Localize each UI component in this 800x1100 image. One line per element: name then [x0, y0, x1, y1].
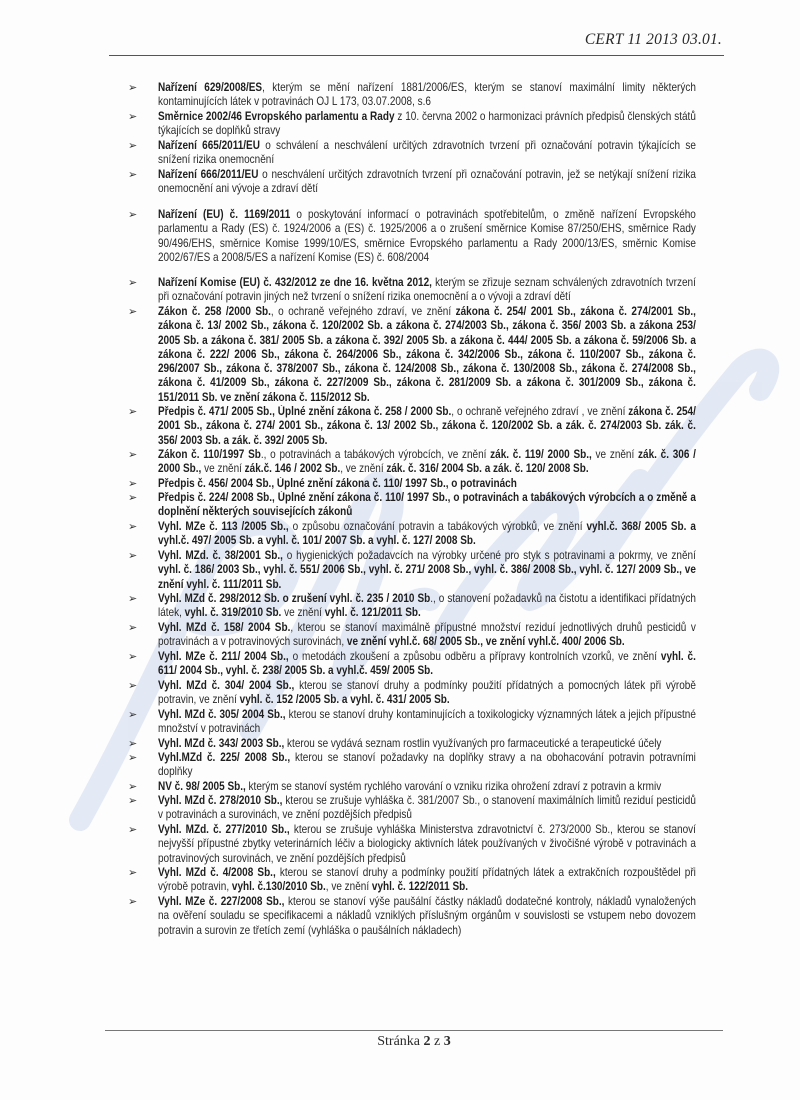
list-item: ➢Směrnice 2002/46 Evropského parlamentu … — [120, 110, 720, 139]
list-item-text: Zákon č. 110/1997 Sb., o potravinách a t… — [158, 448, 696, 477]
list-item: ➢Předpis č. 224/ 2008 Sb., Úplné znění z… — [120, 491, 720, 520]
list-item-text: Vyhl. MZd č. 4/2008 Sb., kterou se stano… — [158, 866, 696, 895]
arrow-bullet-icon: ➢ — [128, 305, 137, 319]
regulation-reference: Nařízení 665/2011/EU — [158, 139, 260, 152]
regulation-description: , o ochraně veřejného zdraví , ve znění — [451, 405, 628, 418]
regulation-reference: Vyhl. MZd č. 343/ 2003 Sb., — [158, 737, 284, 750]
regulation-reference: zák. č. 316/ 2004 Sb. a zák. č. 120/ 200… — [386, 462, 588, 475]
arrow-bullet-icon: ➢ — [128, 592, 137, 606]
arrow-bullet-icon: ➢ — [128, 794, 137, 808]
regulation-reference: zák.č. 146 / 2002 Sb. — [245, 462, 341, 475]
regulation-reference: vyhl. č. 122/2011 Sb. — [372, 880, 468, 893]
arrow-bullet-icon: ➢ — [128, 549, 137, 563]
list-item-text: Vyhl. MZd č. 158/ 2004 Sb., kterou se st… — [158, 621, 696, 650]
regulation-reference: vyhl. č. 121/2011 Sb. — [325, 606, 421, 619]
arrow-bullet-icon: ➢ — [128, 520, 137, 534]
arrow-bullet-icon: ➢ — [128, 621, 137, 635]
arrow-bullet-icon: ➢ — [128, 139, 137, 153]
list-item: ➢Předpis č. 471/ 2005 Sb., Úplné znění z… — [120, 405, 720, 448]
list-item: ➢Předpis č. 456/ 2004 Sb., Úplné znění z… — [120, 477, 720, 491]
regulation-description: , o ochraně veřejného zdraví, ve znění — [271, 305, 456, 318]
regulation-reference: Nařízení Komise (EU) č. 432/2012 ze dne … — [158, 276, 432, 289]
regulation-reference: Vyhl. MZe č. 227/2008 Sb., — [158, 895, 284, 908]
list-item: ➢Nařízení 665/2011/EU o schválení a nesc… — [120, 139, 720, 168]
list-item: ➢NV č. 98/ 2005 Sb., kterým se stanoví s… — [120, 780, 720, 794]
regulation-description: o metodách zkoušení a způsobu odběru a p… — [289, 650, 661, 663]
arrow-bullet-icon: ➢ — [128, 448, 137, 462]
list-item-text: Zákon č. 258 /2000 Sb., o ochraně veřejn… — [158, 305, 696, 405]
arrow-bullet-icon: ➢ — [128, 405, 137, 419]
regulation-reference: Nařízení (EU) č. 1169/2011 — [158, 208, 290, 221]
page-label: Stránka — [377, 1034, 420, 1049]
regulation-reference: zák. č. 119/ 2000 Sb., — [490, 448, 592, 461]
regulation-reference: Vyhl. MZd. č. 277/2010 Sb., — [158, 823, 290, 836]
list-item-text: Nařízení 665/2011/EU o schválení a nesch… — [158, 139, 696, 168]
list-item-text: Vyhl. MZd č. 305/ 2004 Sb., kterou se st… — [158, 708, 696, 737]
arrow-bullet-icon: ➢ — [128, 208, 137, 222]
regulation-reference: Vyhl.MZd č. 225/ 2008 Sb., — [158, 751, 290, 764]
regulation-reference: zákona č. 254/ 2001 Sb., zákona č. 274/2… — [158, 305, 696, 404]
regulation-reference: Vyhl. MZd č. 304/ 2004 Sb., — [158, 679, 294, 692]
list-item: ➢Vyhl. MZd č. 158/ 2004 Sb., kterou se s… — [120, 621, 720, 650]
regulation-reference: Nařízení 666/2011/EU — [158, 168, 258, 181]
regulation-reference: vyhl. č. 319/2010 Sb. — [185, 606, 282, 619]
arrow-bullet-icon: ➢ — [128, 780, 137, 794]
list-item-text: Směrnice 2002/46 Evropského parlamentu a… — [158, 110, 696, 139]
regulation-reference: Vyhl. MZd č. 278/2010 Sb., — [158, 794, 282, 807]
regulation-description: kterým se stanoví systém rychlého varová… — [246, 780, 661, 793]
page-number: Stránka 2 z 3 — [105, 1034, 723, 1050]
regulation-reference: Předpis č. 471/ 2005 Sb., Úplné znění zá… — [158, 405, 451, 418]
arrow-bullet-icon: ➢ — [128, 866, 137, 880]
arrow-bullet-icon: ➢ — [128, 895, 137, 909]
list-item-text: Nařízení (EU) č. 1169/2011 o poskytování… — [158, 208, 696, 265]
list-item: ➢Vyhl. MZd č. 343/ 2003 Sb., kterou se v… — [120, 737, 720, 751]
arrow-bullet-icon: ➢ — [128, 81, 137, 95]
list-item-text: Vyhl. MZd č. 343/ 2003 Sb., kterou se vy… — [158, 737, 696, 751]
regulation-reference: vyhl. č. 152 /2005 Sb. a vyhl. č. 431/ 2… — [240, 693, 450, 706]
arrow-bullet-icon: ➢ — [128, 110, 137, 124]
regulation-description: o způsobu označování potravin a tabákový… — [289, 520, 587, 533]
list-item: ➢Vyhl. MZd č. 305/ 2004 Sb., kterou se s… — [120, 708, 720, 737]
regulation-list: ➢Nařízení 629/2008/ES, kterým se mění na… — [120, 81, 720, 938]
regulation-reference: Vyhl. MZe č. 113 /2005 Sb., — [158, 520, 289, 533]
arrow-bullet-icon: ➢ — [128, 650, 137, 664]
list-item: ➢Zákon č. 110/1997 Sb., o potravinách a … — [120, 448, 720, 477]
list-item-text: Vyhl. MZe č. 211/ 2004 Sb., o metodách z… — [158, 650, 696, 679]
list-item-text: Nařízení 629/2008/ES, kterým se mění nař… — [158, 81, 696, 110]
list-item-text: Předpis č. 471/ 2005 Sb., Úplné znění zá… — [158, 405, 696, 448]
arrow-bullet-icon: ➢ — [128, 491, 137, 505]
arrow-bullet-icon: ➢ — [128, 751, 137, 765]
regulation-reference: vyhl. č.130/2010 Sb. — [232, 880, 326, 893]
page-current: 2 — [424, 1034, 431, 1049]
regulation-reference: Předpis č. 224/ 2008 Sb., Úplné znění zá… — [158, 491, 696, 518]
regulation-reference: Vyhl. MZd č. 298/2012 Sb. o zrušení vyhl… — [158, 592, 430, 605]
list-item-text: Nařízení 666/2011/EU o neschválení určit… — [158, 168, 696, 197]
list-item-text: Vyhl. MZe č. 113 /2005 Sb., o způsobu oz… — [158, 520, 696, 549]
list-item: ➢Zákon č. 258 /2000 Sb., o ochraně veřej… — [120, 305, 720, 405]
page-separator: z — [434, 1034, 440, 1049]
list-item-text: NV č. 98/ 2005 Sb., kterým se stanoví sy… — [158, 780, 696, 794]
arrow-bullet-icon: ➢ — [128, 477, 137, 491]
regulation-reference: Vyhl. MZd. č. 38/2001 Sb., — [158, 549, 283, 562]
regulation-reference: Zákon č. 110/1997 Sb — [158, 448, 261, 461]
list-item: ➢Nařízení (EU) č. 1169/2011 o poskytován… — [120, 208, 720, 265]
arrow-bullet-icon: ➢ — [128, 823, 137, 837]
list-item: ➢Vyhl. MZe č. 227/2008 Sb., kterou se st… — [120, 895, 720, 938]
list-item: ➢Vyhl.MZd č. 225/ 2008 Sb., kterou se st… — [120, 751, 720, 780]
regulation-description: , ve znění — [326, 880, 372, 893]
regulation-reference: ve znění vyhl.č. 68/ 2005 Sb., ve znění … — [347, 635, 625, 648]
regulation-description: kterou se vydává seznam rostlin využívan… — [284, 737, 661, 750]
regulation-reference: Vyhl. MZd č. 305/ 2004 Sb., — [158, 708, 286, 721]
list-item-text: Vyhl. MZd. č. 277/2010 Sb., kterou se zr… — [158, 823, 696, 866]
arrow-bullet-icon: ➢ — [128, 276, 137, 290]
regulation-reference: Směrnice 2002/46 Evropského parlamentu a… — [158, 110, 394, 123]
list-item-text: Předpis č. 224/ 2008 Sb., Úplné znění zá… — [158, 491, 696, 520]
regulation-reference: Vyhl. MZd č. 4/2008 Sb., — [158, 866, 276, 879]
list-item: ➢Vyhl. MZd. č. 38/2001 Sb., o hygienický… — [120, 549, 720, 592]
regulation-description: o hygienických požadavcích na výrobky ur… — [283, 549, 696, 562]
regulation-reference: Nařízení 629/2008/ES — [158, 81, 262, 94]
regulation-description: ve znění — [201, 462, 244, 475]
list-item: ➢Vyhl. MZd č. 304/ 2004 Sb., kterou se s… — [120, 679, 720, 708]
list-item-text: Vyhl.MZd č. 225/ 2008 Sb., kterou se sta… — [158, 751, 696, 780]
list-item-text: Vyhl. MZe č. 227/2008 Sb., kterou se sta… — [158, 895, 696, 938]
list-item: ➢Vyhl. MZd. č. 277/2010 Sb., kterou se z… — [120, 823, 720, 866]
list-item: ➢Vyhl. MZd č. 298/2012 Sb. o zrušení vyh… — [120, 592, 720, 621]
list-item-text: Předpis č. 456/ 2004 Sb., Úplné znění zá… — [158, 477, 696, 491]
list-item-text: Vyhl. MZd č. 304/ 2004 Sb., kterou se st… — [158, 679, 696, 708]
page-total: 3 — [444, 1034, 451, 1049]
list-item-text: Vyhl. MZd. č. 38/2001 Sb., o hygienickýc… — [158, 549, 696, 592]
regulation-description: , ve znění — [340, 462, 386, 475]
header-divider — [109, 55, 724, 56]
list-item: ➢Vyhl. MZe č. 113 /2005 Sb., o způsobu o… — [120, 520, 720, 549]
list-item-text: Vyhl. MZd č. 278/2010 Sb., kterou se zru… — [158, 794, 696, 823]
list-item: ➢Vyhl. MZd č. 278/2010 Sb., kterou se zr… — [120, 794, 720, 823]
list-item: ➢Nařízení 629/2008/ES, kterým se mění na… — [120, 81, 720, 110]
regulation-description: ve znění — [592, 448, 638, 461]
regulation-reference: Vyhl. MZd č. 158/ 2004 Sb. — [158, 621, 290, 634]
list-item: ➢Vyhl. MZe č. 211/ 2004 Sb., o metodách … — [120, 650, 720, 679]
footer-divider — [105, 1030, 723, 1031]
arrow-bullet-icon: ➢ — [128, 168, 137, 182]
list-item: ➢Nařízení Komise (EU) č. 432/2012 ze dne… — [120, 276, 720, 305]
list-item: ➢Vyhl. MZd č. 4/2008 Sb., kterou se stan… — [120, 866, 720, 895]
arrow-bullet-icon: ➢ — [128, 737, 137, 751]
regulation-reference: vyhl. č. 186/ 2003 Sb., vyhl. č. 551/ 20… — [158, 563, 696, 590]
list-item: ➢Nařízení 666/2011/EU o neschválení urči… — [120, 168, 720, 197]
regulation-reference: Zákon č. 258 /2000 Sb. — [158, 305, 271, 318]
list-item-text: Vyhl. MZd č. 298/2012 Sb. o zrušení vyhl… — [158, 592, 696, 621]
arrow-bullet-icon: ➢ — [128, 679, 137, 693]
list-item-text: Nařízení Komise (EU) č. 432/2012 ze dne … — [158, 276, 696, 305]
document-code: CERT 11 2013 03.01. — [0, 31, 722, 49]
regulation-description: ., o potravinách a tabákových výrobcích,… — [261, 448, 490, 461]
arrow-bullet-icon: ➢ — [128, 708, 137, 722]
regulation-reference: Předpis č. 456/ 2004 Sb., Úplné znění zá… — [158, 477, 517, 490]
regulation-reference: Vyhl. MZe č. 211/ 2004 Sb., — [158, 650, 289, 663]
regulation-reference: NV č. 98/ 2005 Sb., — [158, 780, 246, 793]
regulation-description: ve znění — [281, 606, 324, 619]
